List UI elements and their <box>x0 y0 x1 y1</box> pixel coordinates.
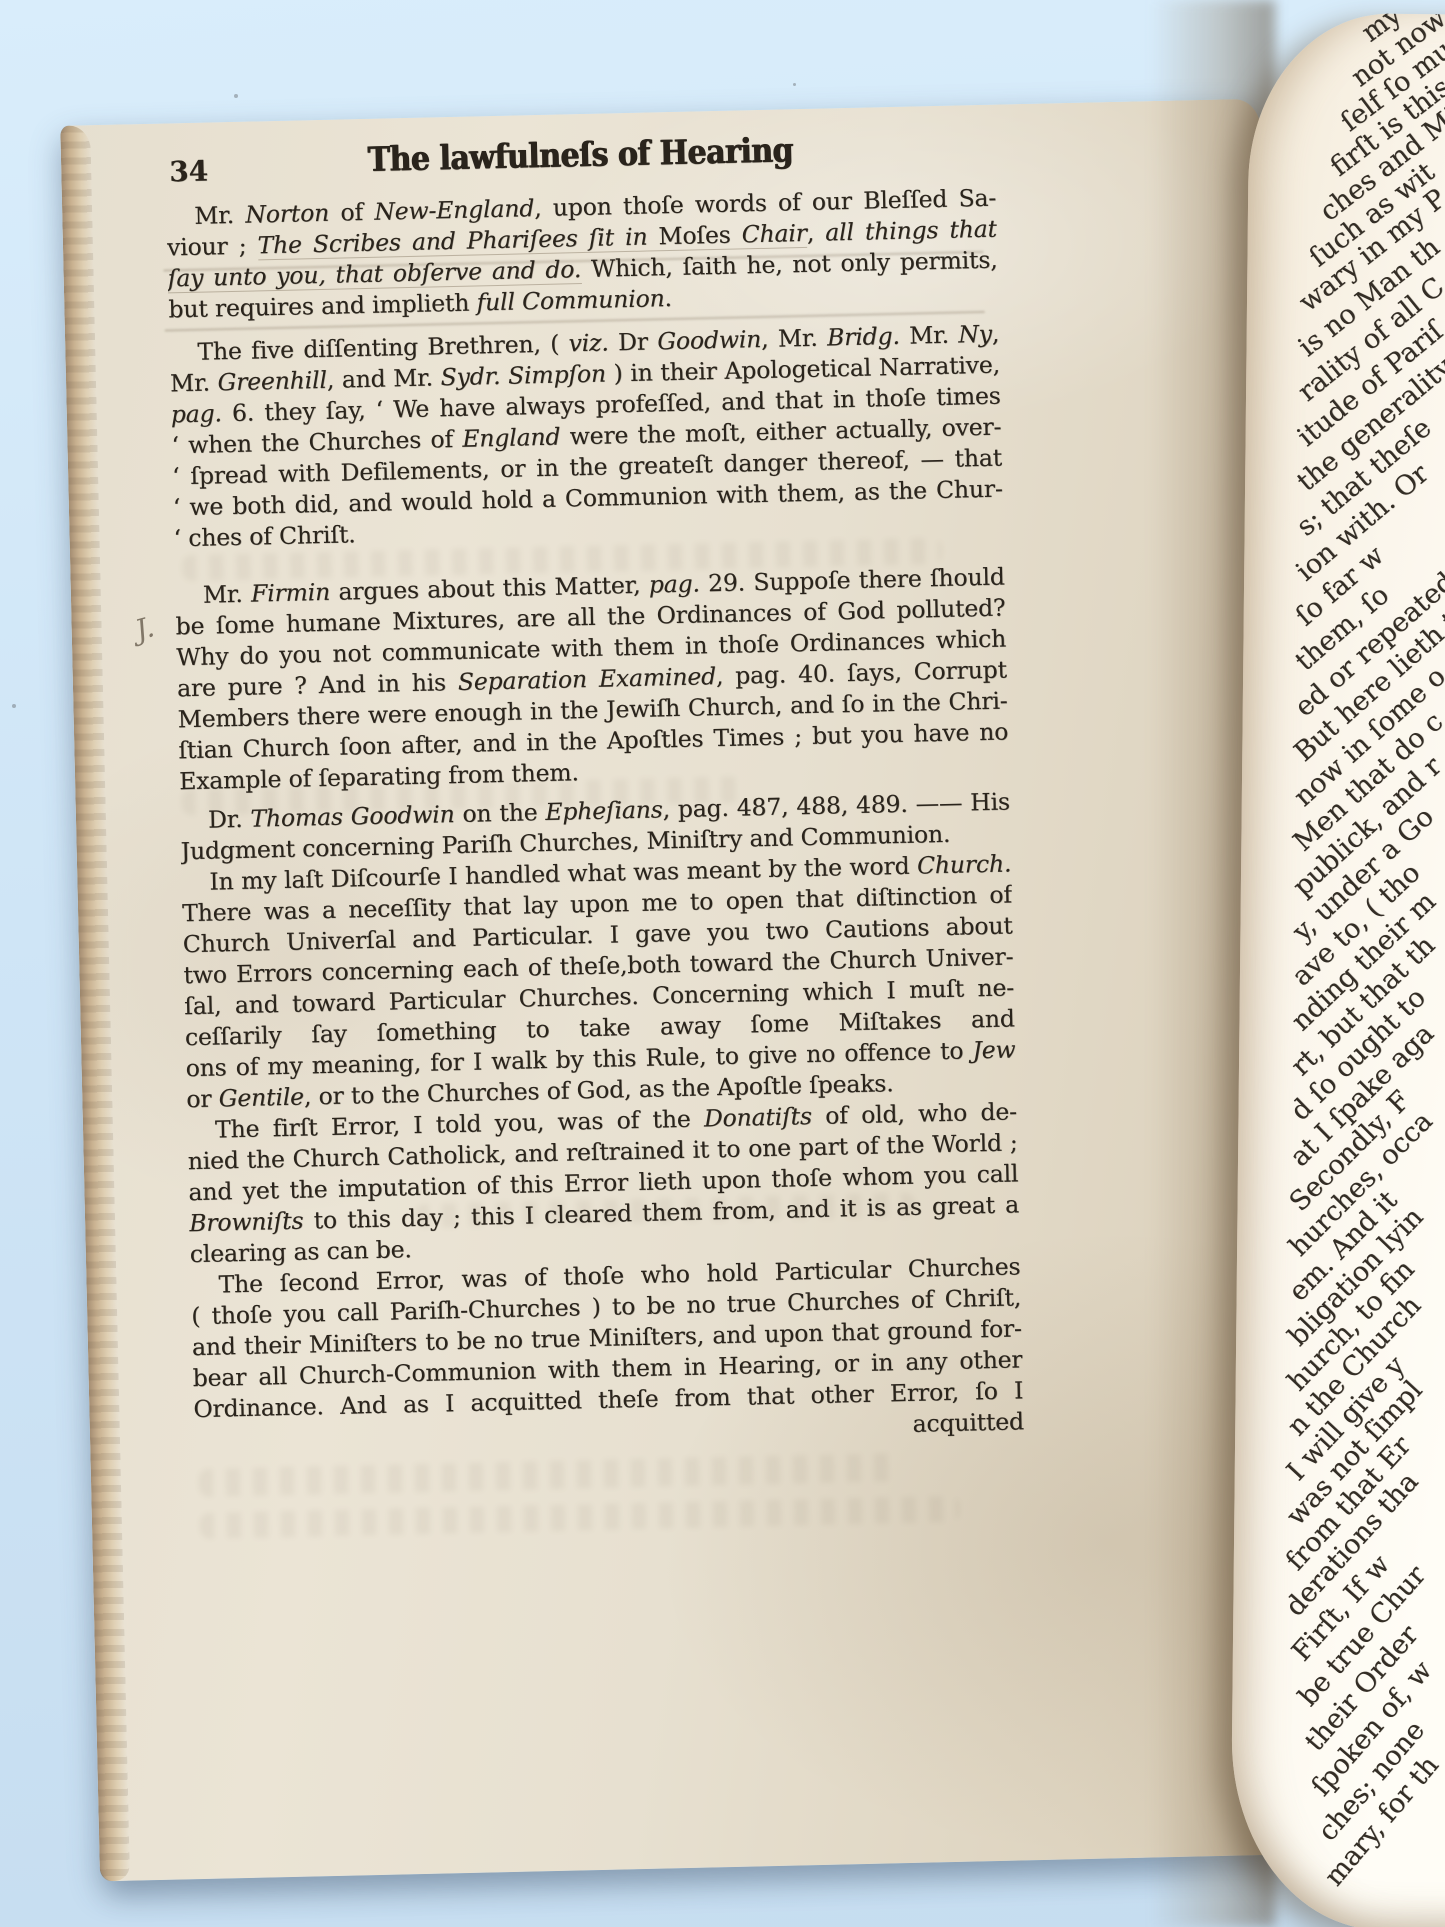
text-run: , <box>992 320 1000 348</box>
text-run: Mr. <box>194 201 246 230</box>
text-run: clearing as can be. <box>190 1235 412 1268</box>
text-run: viour ; <box>167 231 258 261</box>
text-run: 29. Suppoſe there ſhould <box>699 563 1005 598</box>
text-run: but requires and implieth <box>168 288 477 323</box>
text-run: Bridg. <box>827 322 900 352</box>
text-run: acquitted <box>912 1407 1024 1438</box>
printed-text: 34 The lawfulneſs of Hearing Mr. Norton … <box>165 129 1024 1456</box>
paragraph: The firſt Error, I told you, was of the … <box>187 1096 1020 1270</box>
text-run: , Mr. <box>761 323 828 352</box>
text-run: , pag. 487, 488, 489. —— His <box>662 787 1010 823</box>
book-photo: J. 34 The lawfulneſs of Hearing Mr. Nort… <box>0 0 1445 1927</box>
text-run: Dr. <box>208 805 251 834</box>
text-run: ‘ ches of Chriſt. <box>173 520 356 552</box>
text-run: Donatiſts <box>704 1102 813 1132</box>
paragraph: The five diſſenting Brethren, ( viz. Dr … <box>169 319 1004 555</box>
text-run: Separation Examined <box>458 662 717 696</box>
text-run: of old, who de- <box>812 1097 1018 1130</box>
text-run: , <box>806 219 825 247</box>
text-run: Browniſts <box>189 1207 304 1238</box>
paragraph: The ſecond Error, was of thoſe who hold … <box>190 1251 1024 1456</box>
dust-speck <box>12 704 16 708</box>
paragraph: Mr. Firmin argues about this Matter, pag… <box>175 562 1010 798</box>
text-run: Dr <box>608 327 657 356</box>
text-run: viz. <box>568 328 609 357</box>
text-run: Mr. <box>203 580 252 609</box>
text-run: Thomas Goodwin <box>250 800 455 833</box>
text-run: Church. <box>917 849 1012 879</box>
text-run: are pure ? And in his <box>177 668 458 702</box>
page-deckle-edge <box>60 125 130 1881</box>
curled-next-page: my ſelfnot now haſelf ſo muchfirſt is th… <box>1230 12 1445 1927</box>
text-run: Moſes <box>647 220 742 251</box>
text-run: of <box>329 198 375 227</box>
text-run: Norton <box>245 199 329 229</box>
text-run: on the <box>454 798 545 828</box>
text-run: Greenhill <box>217 366 327 396</box>
paragraph: Mr. Norton of New-England, upon thoſe wo… <box>166 183 999 326</box>
text-run: England <box>462 423 561 453</box>
text-run: Epheſians <box>545 795 663 826</box>
text-run: Ny <box>958 320 992 349</box>
text-run: Firmin <box>251 578 331 608</box>
text-run: Goodwin <box>657 325 761 355</box>
text-run: , and Mr. <box>326 363 440 394</box>
running-title: The lawfulneſs of Hearing <box>165 129 996 183</box>
text-run: or <box>186 1084 219 1113</box>
paragraph: In my laſt Diſcourſe I handled what was … <box>181 848 1016 1115</box>
text-run: full Communion <box>476 284 665 316</box>
text-run: . <box>664 284 672 312</box>
text-run: ‘ when the Churches of <box>171 425 462 460</box>
text-run: Jew <box>972 1035 1016 1064</box>
text-run: Gentile <box>218 1083 304 1113</box>
running-title-text: The lawfulneſs of Hearing <box>367 131 793 180</box>
showthrough-smudge <box>200 1496 960 1539</box>
text-run: Chair <box>741 219 807 249</box>
dust-speck <box>793 83 796 86</box>
text-run: Mr. <box>899 321 958 350</box>
dust-speck <box>234 94 238 98</box>
main-page: J. 34 The lawfulneſs of Hearing Mr. Nort… <box>60 99 1300 1882</box>
text-run: Sydr. Simpſon <box>440 360 606 392</box>
handwritten-mark: J. <box>132 610 158 647</box>
text-run: Mr. <box>170 368 218 397</box>
text-run: New-England <box>374 194 535 226</box>
showthrough-smudge <box>199 1453 899 1497</box>
text-run: argues about this Matter, <box>330 571 649 606</box>
text-run: , pag. 40. ſays, Corrupt <box>716 656 1008 691</box>
body-text: Mr. Norton of New-England, upon thoſe wo… <box>166 183 1024 1457</box>
text-run: pag. <box>170 399 222 428</box>
text-run: pag. <box>648 569 700 598</box>
